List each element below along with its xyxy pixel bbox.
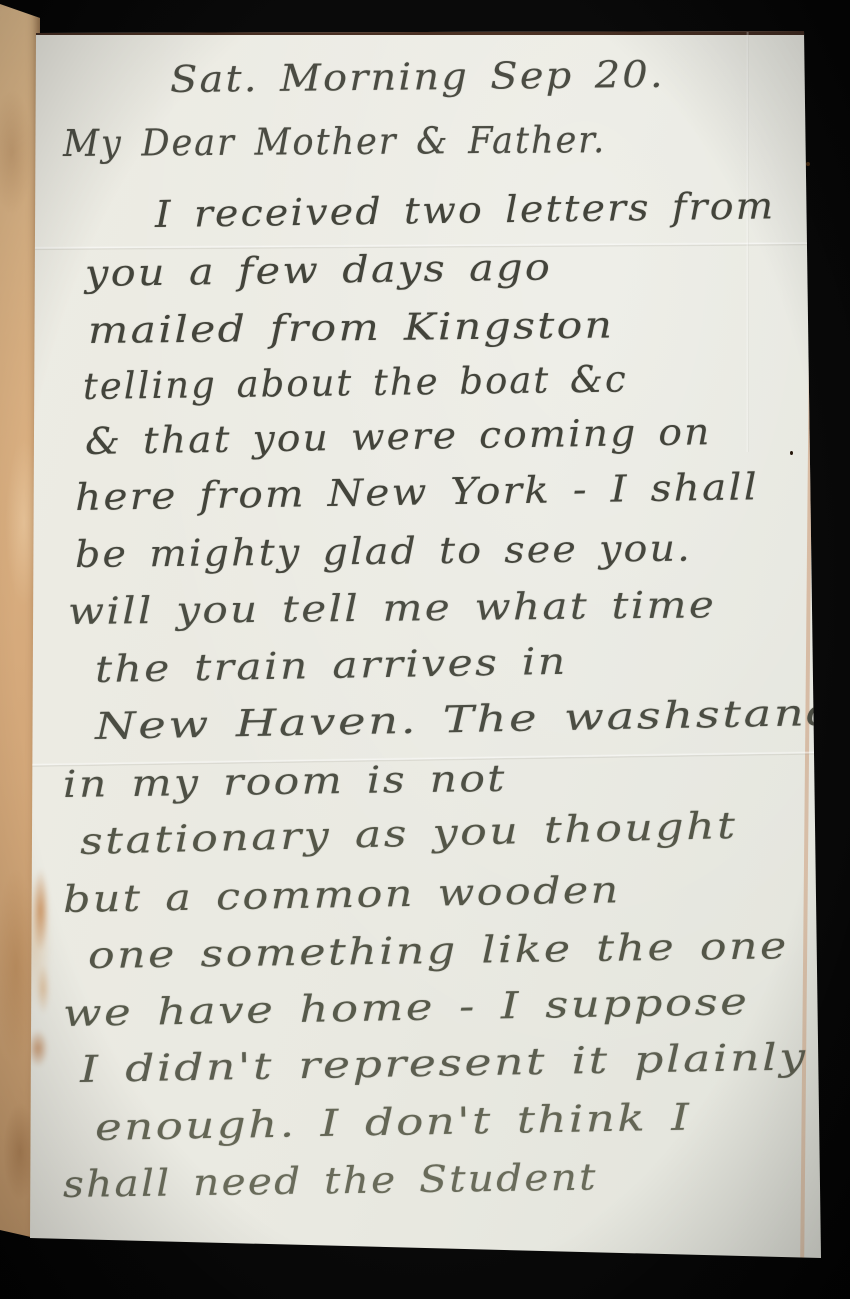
letter-line: & that you were coming on <box>85 410 712 463</box>
dust-speck <box>790 451 793 455</box>
letter-line: I didn't represent it plainly <box>80 1035 808 1091</box>
letter-line: you a few days ago <box>85 245 553 295</box>
paper-top-edge <box>28 30 824 35</box>
letter-line: stationary as you thought <box>79 804 737 863</box>
letter-line: the train arrives in <box>95 640 568 691</box>
letter-line: will you tell me what time <box>68 583 717 633</box>
letter-line: I received two letters from <box>155 184 776 236</box>
letter-paper: Sat. Morning Sep 20. My Dear Mother & Fa… <box>28 30 824 1260</box>
letter-line: New Haven. The washstand <box>95 691 840 748</box>
dust-speck <box>806 162 810 166</box>
letter-line: but a common wooden <box>63 868 621 921</box>
fold-crease-vertical <box>746 32 749 452</box>
letter-line: be mighty glad to see you. <box>75 527 692 576</box>
letter-salutation: My Dear Mother & Father. <box>63 118 606 165</box>
letter-line: we have home - I suppose <box>63 980 750 1035</box>
letter-line: mailed from Kingston <box>88 303 615 352</box>
letter-line: telling about the boat &c <box>83 357 628 408</box>
letter-photograph: Sat. Morning Sep 20. My Dear Mother & Fa… <box>0 0 850 1299</box>
letter-line: here from New York - I shall <box>75 465 760 519</box>
letter-dateline: Sat. Morning Sep 20. <box>170 53 665 101</box>
letter-line: enough. I don't think I <box>95 1096 692 1149</box>
letter-line: one something like the one <box>88 924 789 977</box>
letter-line: shall need the Student <box>63 1156 598 1206</box>
letter-line: in my room is not <box>63 757 507 806</box>
